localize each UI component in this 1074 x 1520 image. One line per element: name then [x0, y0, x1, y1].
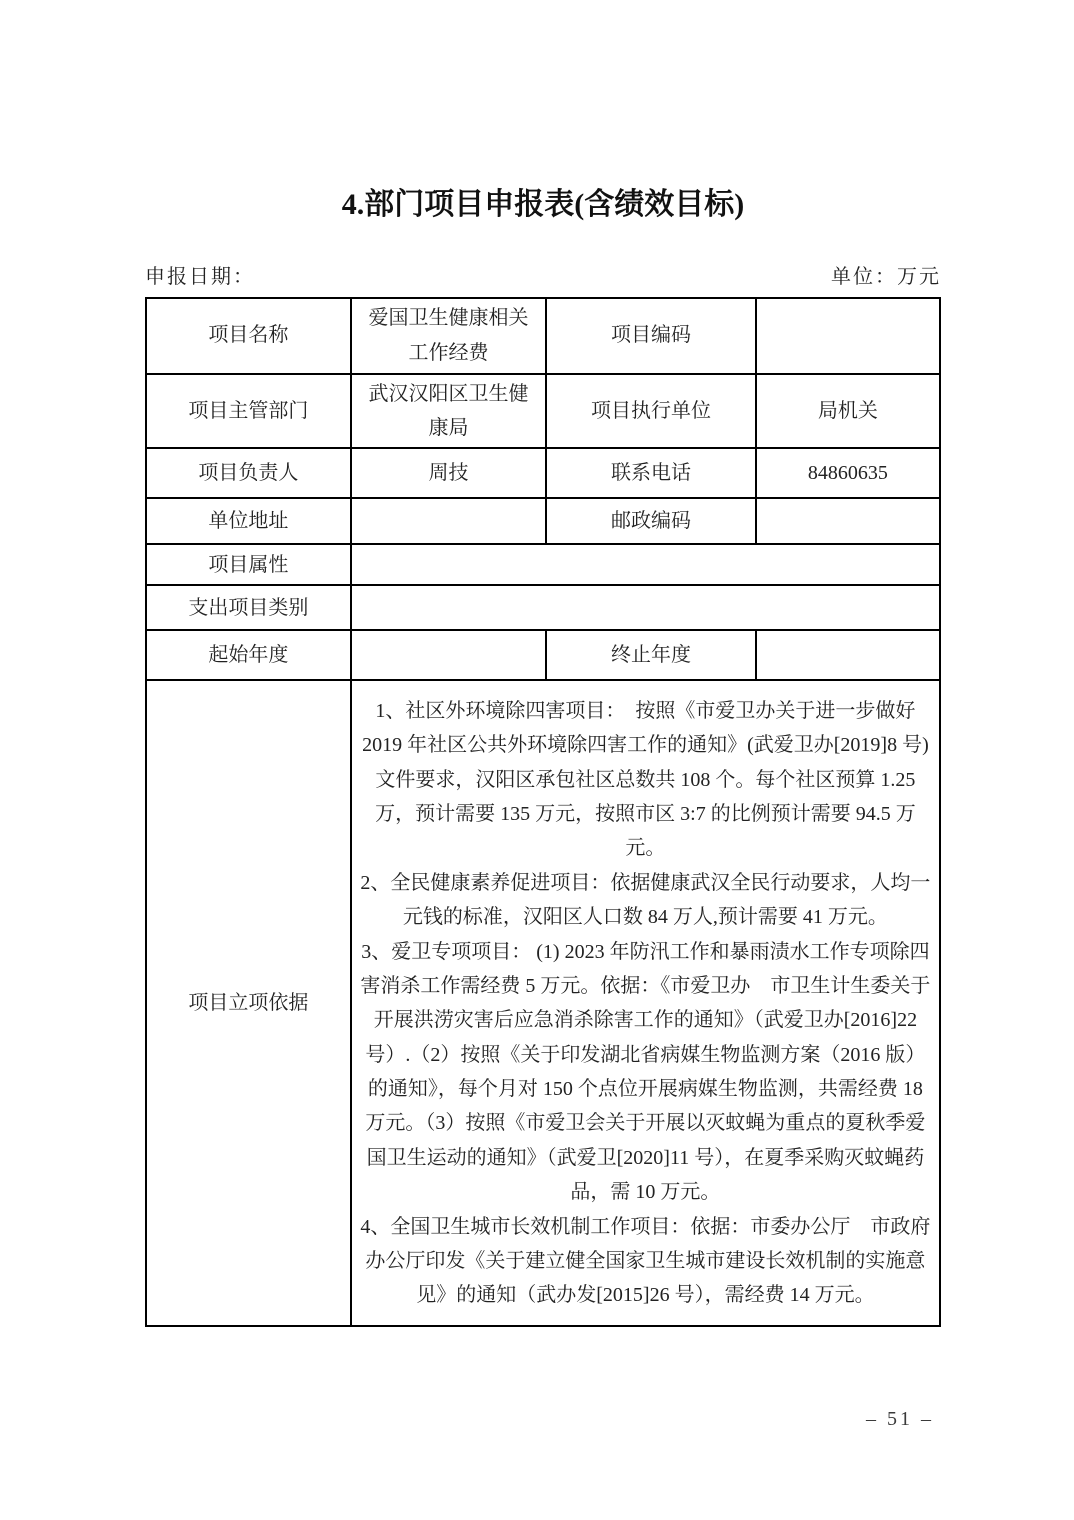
- value-project-attribute: [351, 544, 940, 585]
- label-postal-code: 邮政编码: [546, 498, 756, 544]
- basis-paragraph-4: 4、全国卫生城市长效机制工作项目：依据：市委办公厅 市政府办公厅印发《关于建立健…: [360, 1210, 931, 1313]
- table-row-unit-address: 单位地址 邮政编码: [146, 498, 940, 544]
- label-expenditure-category: 支出项目类别: [146, 585, 351, 630]
- value-contact-phone: 84860635: [756, 448, 940, 498]
- value-expenditure-category: [351, 585, 940, 630]
- table-row-start-year: 起始年度 终止年度: [146, 630, 940, 680]
- label-unit-address: 单位地址: [146, 498, 351, 544]
- page-number: – 51 –: [840, 1408, 960, 1431]
- document-content: 4.部门项目申报表(含绩效目标) 申报日期： 单位：万元 项目名称 爱国卫生健康…: [145, 0, 941, 1327]
- project-application-table: 项目名称 爱国卫生健康相关工作经费 项目编码 项目主管部门 武汉汉阳区卫生健康局…: [145, 297, 941, 1328]
- table-row-project-name: 项目名称 爱国卫生健康相关工作经费 项目编码: [146, 298, 940, 374]
- value-postal-code: [756, 498, 940, 544]
- table-row-project-attribute: 项目属性: [146, 544, 940, 585]
- value-project-basis: 1、社区外环境除四害项目： 按照《市爱卫办关于进一步做好 2019 年社区公共外…: [351, 680, 940, 1326]
- basis-paragraph-1: 1、社区外环境除四害项目： 按照《市爱卫办关于进一步做好 2019 年社区公共外…: [360, 694, 931, 866]
- value-executing-unit: 局机关: [756, 374, 940, 449]
- label-project-name: 项目名称: [146, 298, 351, 374]
- basis-paragraph-3: 3、爱卫专项项目： (1) 2023 年防汛工作和暴雨渍水工作专项除四害消杀工作…: [360, 935, 931, 1210]
- label-contact-phone: 联系电话: [546, 448, 756, 498]
- table-meta-row: 申报日期： 单位：万元: [145, 260, 941, 289]
- value-project-name: 爱国卫生健康相关工作经费: [351, 298, 546, 374]
- table-row-competent-department: 项目主管部门 武汉汉阳区卫生健康局 项目执行单位 局机关: [146, 374, 940, 449]
- label-project-code: 项目编码: [546, 298, 756, 374]
- label-project-basis: 项目立项依据: [146, 680, 351, 1326]
- value-competent-department: 武汉汉阳区卫生健康局: [351, 374, 546, 449]
- label-competent-department: 项目主管部门: [146, 374, 351, 449]
- unit-label: 单位：万元: [831, 260, 941, 289]
- value-end-year: [756, 630, 940, 680]
- label-start-year: 起始年度: [146, 630, 351, 680]
- page-title: 4.部门项目申报表(含绩效目标): [145, 186, 941, 224]
- value-start-year: [351, 630, 546, 680]
- table-row-project-basis: 项目立项依据 1、社区外环境除四害项目： 按照《市爱卫办关于进一步做好 2019…: [146, 680, 940, 1326]
- declare-date-label: 申报日期：: [145, 260, 255, 289]
- basis-paragraph-2: 2、全民健康素养促进项目：依据健康武汉全民行动要求，人均一元钱的标准，汉阳区人口…: [360, 866, 931, 935]
- table-row-expenditure-category: 支出项目类别: [146, 585, 940, 630]
- value-unit-address: [351, 498, 546, 544]
- label-executing-unit: 项目执行单位: [546, 374, 756, 449]
- label-end-year: 终止年度: [546, 630, 756, 680]
- value-project-code: [756, 298, 940, 374]
- label-project-attribute: 项目属性: [146, 544, 351, 585]
- table-row-project-leader: 项目负责人 周技 联系电话 84860635: [146, 448, 940, 498]
- value-project-leader: 周技: [351, 448, 546, 498]
- document-page: 4.部门项目申报表(含绩效目标) 申报日期： 单位：万元 项目名称 爱国卫生健康…: [0, 0, 1074, 1520]
- label-project-leader: 项目负责人: [146, 448, 351, 498]
